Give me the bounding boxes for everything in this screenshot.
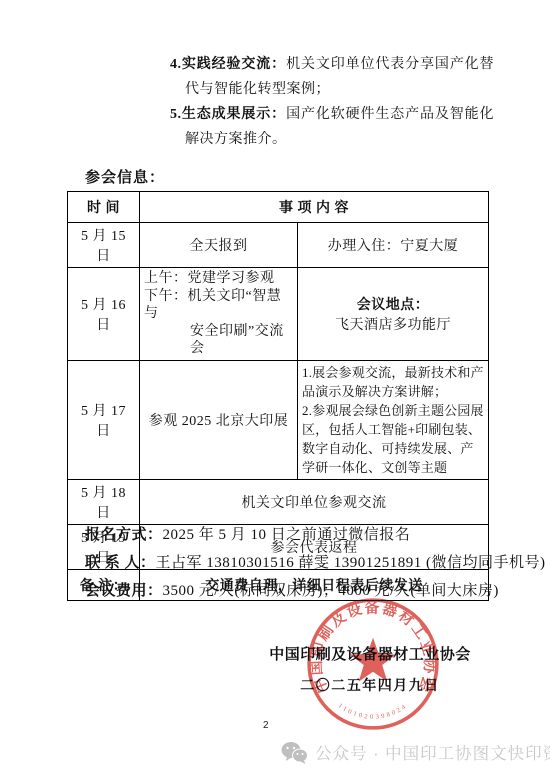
wechat-icon — [281, 741, 308, 764]
table-row-may15: 5 月 15 日 全天报到 办理入住：宁夏大厦 — [68, 223, 489, 268]
may16-line-morning: 上午：党建学习参观 — [144, 270, 293, 288]
page-number: 2 — [263, 720, 269, 731]
cell-activity-may17: 参观 2025 北京大印展 — [140, 360, 298, 479]
cell-activity-may16: 上午：党建学习参观 下午：机关文印“智慧与 安全印刷”交流会 — [140, 268, 298, 361]
intro-list: 4.实践经验交流：机关文印单位代表分享国产化替代与智能化转型案例； 5.生态成果… — [170, 52, 494, 152]
list-item-4-label: 4.实践经验交流： — [170, 57, 286, 72]
signature-block: 中国印刷及设备器材工业协会 二〇二五年四月九日 — [268, 643, 472, 695]
may17-detail-1: 1.展会参观交流，最新技术和产品演示及解决方案讲解； — [302, 363, 484, 401]
issuing-organization: 中国印刷及设备器材工业协会 — [268, 643, 472, 664]
cell-activity-may18: 机关文印单位参观交流 — [140, 479, 489, 524]
list-item-5: 5.生态成果展示：国产化软硬件生态产品及智能化解决方案推介。 — [170, 102, 494, 152]
cell-venue-may16: 会议地点： 飞天酒店多功能厅 — [298, 268, 489, 361]
table-row-may18: 5 月 18 日 机关文印单位参观交流 — [68, 479, 489, 524]
cell-date-may17: 5 月 17 日 — [68, 360, 140, 479]
header-cell-time: 时 间 — [68, 192, 140, 223]
contact-line: 联 系 人：王占军 13810301516 薛雯 13901251891 (微信… — [85, 549, 546, 577]
fee-label: 会议费用： — [85, 583, 163, 599]
venue-name: 飞天酒店多功能厅 — [302, 314, 484, 334]
may17-detail-2: 2.参观展会绿色创新主题公园展区，包括人工智能+印刷包装、数字自动化、可持续发展… — [302, 401, 484, 477]
table-row-may17: 5 月 17 日 参观 2025 北京大印展 1.展会参观交流，最新技术和产品演… — [68, 360, 489, 479]
list-item-4: 4.实践经验交流：机关文印单位代表分享国产化替代与智能化转型案例； — [170, 52, 494, 102]
issue-date: 二〇二五年四月九日 — [268, 675, 472, 695]
cell-activity-may15: 全天报到 — [140, 223, 298, 268]
may16-line-afternoon: 下午：机关文印“智慧与 — [144, 288, 293, 323]
venue-label: 会议地点： — [302, 294, 484, 314]
contact-value: 王占军 13810301516 薛雯 13901251891 (微信均同手机号) — [156, 555, 546, 571]
may16-line-afternoon2: 安全印刷”交流会 — [144, 323, 293, 358]
table-header-row: 时 间 事 项 内 容 — [68, 192, 489, 223]
cell-date-may15: 5 月 15 日 — [68, 223, 140, 268]
document-page: 4.实践经验交流：机关文印单位代表分享国产化替代与智能化转型案例； 5.生态成果… — [0, 0, 550, 778]
registration-method-value: 2025 年 5 月 10 日之前通过微信报名 — [163, 527, 411, 543]
list-item-5-label: 5.生态成果展示： — [170, 107, 286, 122]
seal-serial-number: 1101020398024 — [337, 702, 409, 721]
watermark-text: 公众号 · 中国印工协图文快印资讯 — [315, 740, 550, 764]
registration-method-line: 报名方式：2025 年 5 月 10 日之前通过微信报名 — [85, 521, 546, 549]
header-cell-content: 事 项 内 容 — [140, 192, 489, 223]
cell-date-may16: 5 月 16 日 — [68, 268, 140, 361]
registration-method-label: 报名方式： — [85, 527, 163, 543]
cell-detail-may15: 办理入住：宁夏大厦 — [298, 223, 489, 268]
table-row-may16: 5 月 16 日 上午：党建学习参观 下午：机关文印“智慧与 安全印刷”交流会 … — [68, 268, 489, 361]
contact-label: 联 系 人： — [85, 555, 156, 571]
cell-detail-may17: 1.展会参观交流，最新技术和产品演示及解决方案讲解； 2.参观展会绿色创新主题公… — [298, 360, 489, 479]
section-title: 参会信息： — [85, 166, 165, 187]
cell-date-may18: 5 月 18 日 — [68, 479, 140, 524]
wechat-watermark: 公众号 · 中国印工协图文快印资讯 — [281, 740, 550, 764]
